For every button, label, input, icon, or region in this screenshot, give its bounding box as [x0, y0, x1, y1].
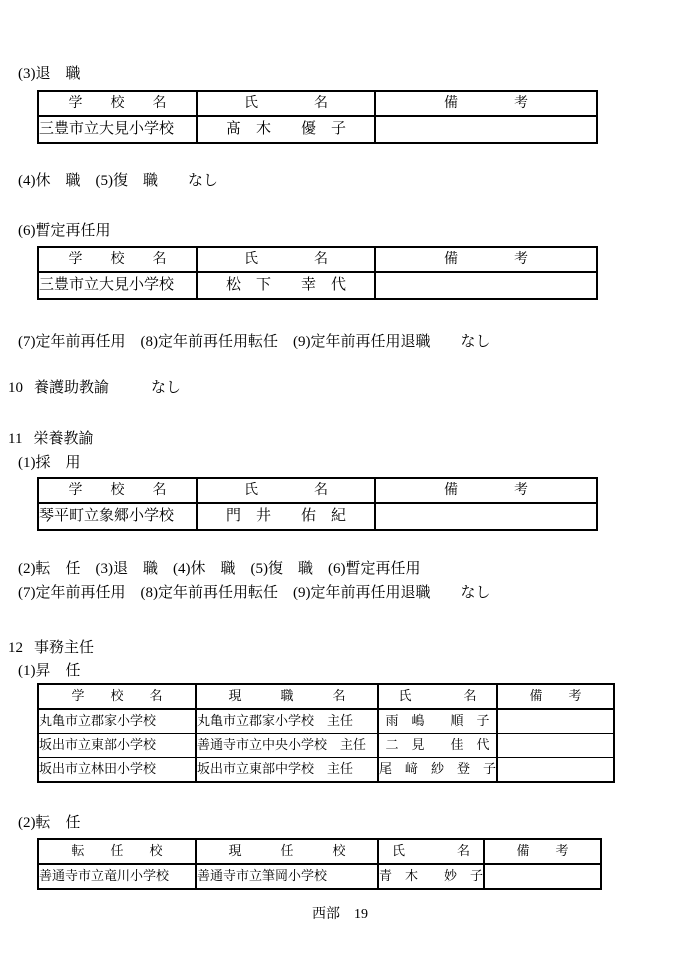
- table-header-row: 学 校 名 氏 名 備 考: [38, 247, 597, 272]
- school-name-cell: 琴平町立象郷小学校: [38, 503, 197, 530]
- section-label-hiring: (1)採 用: [18, 454, 81, 473]
- table-header-row: 学 校 名 現 職 名 氏 名 備 考: [38, 684, 614, 709]
- heading-suffix-none: なし: [151, 380, 181, 396]
- heading-title: 栄養教諭: [33, 431, 93, 447]
- table-header-row: 転 任 校 現 任 校 氏 名 備 考: [38, 839, 601, 864]
- school-name-header: 学 校 名: [38, 684, 196, 709]
- school-name-cell: 三豊市立大見小学校: [38, 272, 197, 299]
- remarks-header: 備 考: [484, 839, 601, 864]
- person-name-header: 氏 名: [378, 839, 484, 864]
- heading-assistant-school-nurse: 10養護助教諭なし: [8, 379, 181, 398]
- school-name-cell: 丸亀市立郡家小学校: [38, 709, 196, 734]
- current-position-cell: 善通寺市立中央小学校 主任: [196, 734, 378, 758]
- retirement-table: 学 校 名 氏 名 備 考 三豊市立大見小学校 髙 木 優 子: [37, 90, 598, 144]
- current-position-cell: 坂出市立東部中学校 主任: [196, 758, 378, 783]
- table-header-row: 学 校 名 氏 名 備 考: [38, 91, 597, 116]
- transfer-school-cell: 善通寺市立竜川小学校: [38, 864, 196, 889]
- heading-title: 事務主任: [34, 640, 94, 656]
- person-name-cell: 松 下 幸 代: [197, 272, 375, 299]
- person-name-cell: 雨 嶋 順 子: [378, 709, 497, 734]
- section-label-provisional-reappointment: (6)暫定再任用: [18, 222, 111, 241]
- remarks-cell: [375, 503, 597, 530]
- remarks-header: 備 考: [497, 684, 614, 709]
- table-header-row: 学 校 名 氏 名 備 考: [38, 478, 597, 503]
- remarks-header: 備 考: [375, 247, 597, 272]
- current-school-cell: 善通寺市立筆岡小学校: [196, 864, 378, 889]
- heading-number: 12: [8, 640, 23, 656]
- table-row: 善通寺市立竜川小学校 善通寺市立筆岡小学校 青 木 妙 子: [38, 864, 601, 889]
- heading-nutrition-teacher: 11栄養教諭: [8, 430, 93, 449]
- table-row: 三豊市立大見小学校 松 下 幸 代: [38, 272, 597, 299]
- page-footer: 西部 19: [0, 903, 680, 923]
- remarks-header: 備 考: [375, 478, 597, 503]
- line-transfer-to-provisional-none: (2)転 任 (3)退 職 (4)休 職 (5)復 職 (6)暫定再任用: [18, 560, 420, 579]
- table-row: 丸亀市立郡家小学校 丸亀市立郡家小学校 主任 雨 嶋 順 子: [38, 709, 614, 734]
- school-name-cell: 三豊市立大見小学校: [38, 116, 197, 143]
- table-row: 琴平町立象郷小学校 門 井 佑 紀: [38, 503, 597, 530]
- school-name-header: 学 校 名: [38, 91, 197, 116]
- line-pre-retirement-reappointment-none: (7)定年前再任用 (8)定年前再任用転任 (9)定年前再任用退職 なし: [18, 333, 490, 352]
- school-name-cell: 坂出市立東部小学校: [38, 734, 196, 758]
- person-name-cell: 髙 木 優 子: [197, 116, 375, 143]
- hiring-table: 学 校 名 氏 名 備 考 琴平町立象郷小学校 門 井 佑 紀: [37, 477, 598, 531]
- person-name-cell: 二 見 佳 代: [378, 734, 497, 758]
- school-name-header: 学 校 名: [38, 478, 197, 503]
- line-leave-reinstatement-none: (4)休 職 (5)復 職 なし: [18, 172, 218, 191]
- table-row: 坂出市立東部小学校 善通寺市立中央小学校 主任 二 見 佳 代: [38, 734, 614, 758]
- remarks-cell: [497, 734, 614, 758]
- transfer-school-header: 転 任 校: [38, 839, 196, 864]
- current-school-header: 現 任 校: [196, 839, 378, 864]
- person-name-cell: 門 井 佑 紀: [197, 503, 375, 530]
- person-name-header: 氏 名: [378, 684, 497, 709]
- section-label-transfer: (2)転 任: [18, 814, 81, 833]
- person-name-cell: 尾 﨑 紗 登 子: [378, 758, 497, 783]
- heading-administrative-chief: 12事務主任: [8, 639, 94, 658]
- heading-number: 10: [8, 380, 23, 396]
- remarks-cell: [375, 116, 597, 143]
- heading-number: 11: [8, 431, 22, 447]
- provisional-reappointment-table: 学 校 名 氏 名 備 考 三豊市立大見小学校 松 下 幸 代: [37, 246, 598, 300]
- document-page: (3)退 職 学 校 名 氏 名 備 考 三豊市立大見小学校 髙 木 優 子 (…: [0, 0, 680, 961]
- section-label-retirement: (3)退 職: [18, 65, 81, 84]
- table-row: 三豊市立大見小学校 髙 木 優 子: [38, 116, 597, 143]
- heading-title: 養護助教諭: [34, 380, 109, 396]
- person-name-header: 氏 名: [197, 247, 375, 272]
- transfer-table: 転 任 校 現 任 校 氏 名 備 考 善通寺市立竜川小学校 善通寺市立筆岡小学…: [37, 838, 602, 890]
- person-name-header: 氏 名: [197, 91, 375, 116]
- current-position-cell: 丸亀市立郡家小学校 主任: [196, 709, 378, 734]
- remarks-cell: [375, 272, 597, 299]
- remarks-cell: [497, 758, 614, 783]
- section-label-promotion: (1)昇 任: [18, 662, 81, 681]
- school-name-cell: 坂出市立林田小学校: [38, 758, 196, 783]
- school-name-header: 学 校 名: [38, 247, 197, 272]
- promotion-table: 学 校 名 現 職 名 氏 名 備 考 丸亀市立郡家小学校 丸亀市立郡家小学校 …: [37, 683, 615, 783]
- person-name-cell: 青 木 妙 子: [378, 864, 484, 889]
- person-name-header: 氏 名: [197, 478, 375, 503]
- table-row: 坂出市立林田小学校 坂出市立東部中学校 主任 尾 﨑 紗 登 子: [38, 758, 614, 783]
- current-position-header: 現 職 名: [196, 684, 378, 709]
- remarks-header: 備 考: [375, 91, 597, 116]
- remarks-cell: [484, 864, 601, 889]
- remarks-cell: [497, 709, 614, 734]
- line-pre-retirement-reappointment-none-2: (7)定年前再任用 (8)定年前再任用転任 (9)定年前再任用退職 なし: [18, 584, 490, 603]
